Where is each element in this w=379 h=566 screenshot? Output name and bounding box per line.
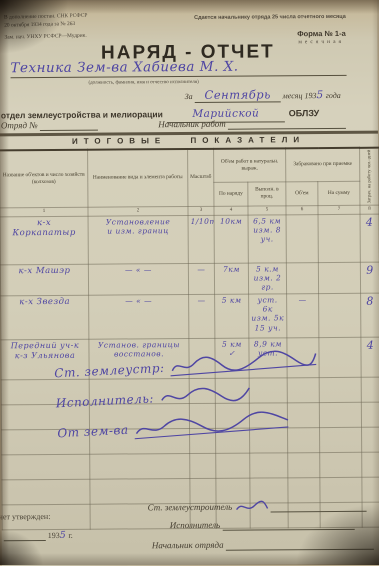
header-work-type: Наименование вида и элемента работы (88, 149, 188, 207)
scanned-report-form: В дополнение постан. СНК РСФСР 20 октябр… (0, 0, 379, 565)
cell-rejected-sum (319, 293, 361, 337)
cell-done: 5 к.м изм. 2 гр. (248, 262, 286, 293)
footer-signatures: Ст. землеустроитель Исполнитель Начальни… (148, 499, 378, 561)
table-row: к-х Машэр — « — — 7км 5 к.м изм. 2 гр. 9 (0, 262, 379, 296)
header-rejected-group: Забраковано при приемке (286, 148, 360, 182)
table-row-empty (2, 452, 379, 480)
cell-done: уст. 6к изм. 5к 15 уч. (249, 294, 287, 338)
header-volume-group: Об'ем работ в натуральн. выраж. (214, 148, 286, 182)
header-labor-spent: Затрач. на работу чел.-дней (360, 148, 379, 205)
signature-scribble-footer (234, 499, 268, 515)
header-rejected-volume: Об'ем (286, 181, 318, 205)
year-suffix: года (326, 91, 341, 100)
cell-scale: — (189, 294, 215, 338)
detachment-line: Отряд № Начальник работ (1, 118, 378, 132)
signature-scribble-executor (157, 382, 253, 411)
approval-label: Отчет утвержден: (0, 511, 120, 521)
header-done-percent: Выполн. в проц. (248, 182, 286, 206)
za-label: За (185, 92, 193, 101)
mid-sig-executor-label: Исполнитель: (55, 391, 154, 410)
totals-table: Название об'ектов и число хозяйств (колх… (0, 147, 379, 530)
totals-band-title: ИТОГОВЫЕ ПОКАЗАТЕЛИ (0, 135, 378, 147)
cell-object: к-х Звезда (1, 295, 89, 340)
otryad-label: Отряд № (1, 120, 38, 130)
cell-labor: 4 (360, 214, 379, 262)
table-header: Название об'ектов и число хозяйств (колх… (0, 148, 379, 217)
cell-work: — « — (89, 294, 189, 339)
department-suffix: ОБЛЗУ (289, 108, 320, 118)
cell-done: 6,5 км изм. 8 уч. (248, 214, 286, 262)
cell-rejected-sum (318, 262, 360, 293)
cell-object: к-х Машэр (0, 264, 88, 296)
cell-labor: 8 (361, 293, 379, 337)
footer-executor-label: Исполнитель (170, 520, 221, 530)
mid-signature-block: Ст. землеустр: Исполнитель: От зем-ва (54, 346, 368, 452)
approval-block: Отчет утвержден: 1935 г. (0, 511, 120, 541)
cell-scale: — (188, 263, 214, 294)
footer-chief-label: Начальник отряда (152, 540, 224, 551)
cell-work: — « — (88, 263, 188, 295)
table-row: к-х Коркапатыр Установление и изм. грани… (0, 214, 379, 265)
mid-sig-senior-label: Ст. землеустр: (54, 361, 165, 381)
cell-labor: 9 (360, 262, 379, 293)
form-number: Форма № 1-а (297, 29, 346, 38)
approval-year-handwritten: 5 (60, 530, 67, 541)
cell-per-order: 10км (214, 215, 248, 263)
chief-of-works-label: Начальник работ (158, 119, 226, 129)
mid-sig-zemva-label: От зем-ва (57, 423, 129, 441)
header-scale: Масштаб (188, 149, 214, 206)
executor-name-handwritten: Техника Зем-ва Хабиева М. Х. (10, 59, 238, 77)
footer-senior-label: Ст. землеустроитель (148, 502, 233, 513)
decree-stamp: В дополнение постан. СНК РСФСР 20 октябр… (4, 11, 165, 43)
month-suffix: месяц 193 (283, 91, 317, 100)
executor-caption: (должность, фамилия, имя и отчество испо… (29, 79, 259, 88)
year-handwritten: 5 (316, 89, 323, 101)
header-rejected-sum: На сумму (318, 181, 360, 205)
submit-note: Сдается начальнику отряда 25 числа отчет… (194, 14, 372, 21)
cell-work: Установление и изм. границ (88, 215, 188, 264)
approval-g: г. (68, 531, 72, 540)
header-objects: Название об'ектов и число хозяйств (колх… (0, 150, 88, 208)
cell-rejected-volume (286, 214, 318, 262)
report-period-line: За Сентябрь месяц 1935 года (185, 87, 375, 103)
cell-rejected-volume: — (287, 293, 319, 337)
cell-per-order: 7км (214, 263, 248, 294)
month-handwritten: Сентябрь (204, 87, 270, 101)
table-row: к-х Звезда — « — — 5 км уст. 6к изм. 5к … (1, 293, 379, 340)
cell-per-order: 5 км (215, 294, 249, 338)
cell-rejected-volume (286, 262, 318, 293)
header-per-order: По наряду (214, 182, 248, 206)
cell-scale: 1/10т. (188, 215, 214, 263)
cell-rejected-sum (318, 214, 360, 262)
decree-line: Зам. нач. УНХУ РСФСР—Мудрик. (4, 31, 164, 43)
cell-object: к-х Коркапатыр (0, 216, 88, 265)
approval-year: 193 (48, 531, 60, 540)
executor-name-line: Техника Зем-ва Хабиева М. Х. (10, 57, 346, 78)
